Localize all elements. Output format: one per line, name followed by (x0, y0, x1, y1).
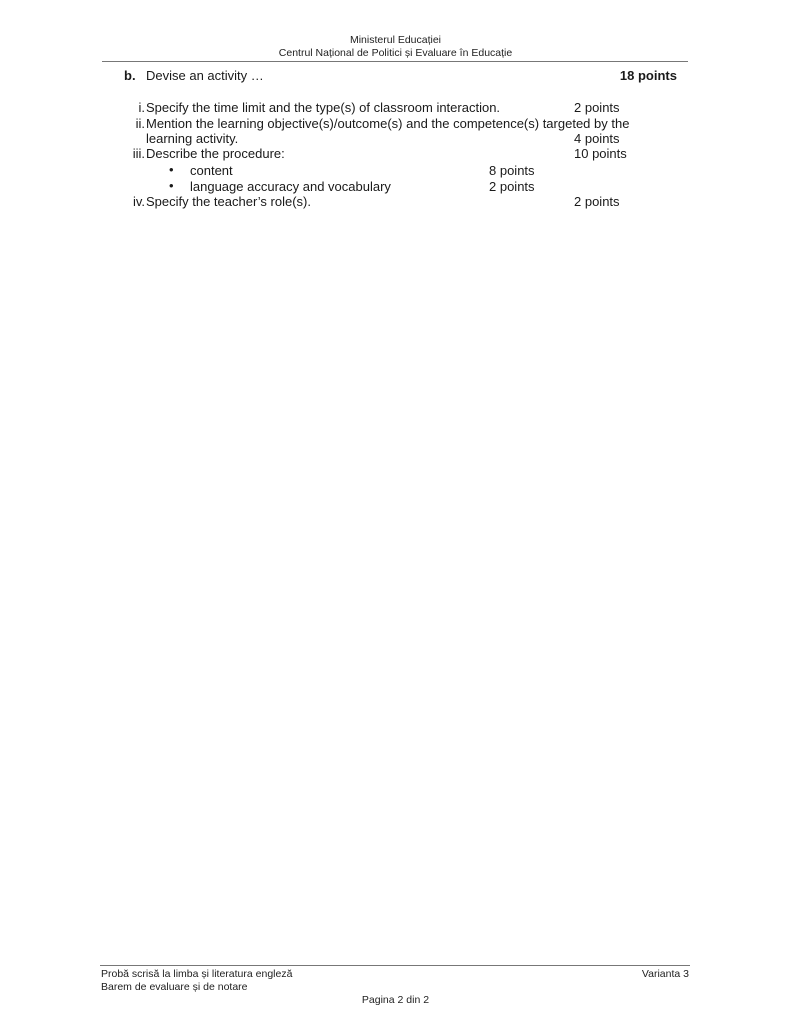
item-points: 2 points (574, 100, 620, 115)
section-label: b. (124, 68, 136, 83)
header-ministry: Ministerul Educației (0, 34, 791, 46)
item-number: iv. (133, 194, 145, 209)
bullet-text: language accuracy and vocabulary (190, 179, 391, 194)
footer-divider (100, 965, 690, 966)
item-number: ii. (136, 116, 145, 131)
item-number: iii. (133, 146, 145, 161)
bullet-points: 2 points (489, 179, 535, 194)
item-text: Describe the procedure: (146, 146, 285, 161)
footer-exam-title: Probă scrisă la limba și literatura engl… (101, 968, 292, 980)
header-center: Centrul Național de Politici și Evaluare… (0, 47, 791, 59)
header-divider (102, 61, 688, 62)
item-number: i. (139, 100, 146, 115)
item-text: Mention the learning objective(s)/outcom… (146, 116, 629, 131)
page-number: Pagina 2 din 2 (0, 994, 791, 1006)
footer-grading-title: Barem de evaluare și de notare (101, 981, 248, 993)
item-points: 10 points (574, 146, 627, 161)
item-text-continued: learning activity. (146, 131, 238, 146)
section-points: 18 points (620, 68, 677, 83)
item-text: Specify the time limit and the type(s) o… (146, 100, 500, 115)
item-points: 2 points (574, 194, 620, 209)
bullet-points: 8 points (489, 163, 535, 178)
bullet-text: content (190, 163, 233, 178)
footer-variant: Varianta 3 (642, 968, 689, 980)
section-title: Devise an activity … (146, 68, 264, 83)
item-text: Specify the teacher’s role(s). (146, 194, 311, 209)
bullet-icon: • (169, 178, 174, 193)
bullet-icon: • (169, 162, 174, 177)
item-points: 4 points (574, 131, 620, 146)
